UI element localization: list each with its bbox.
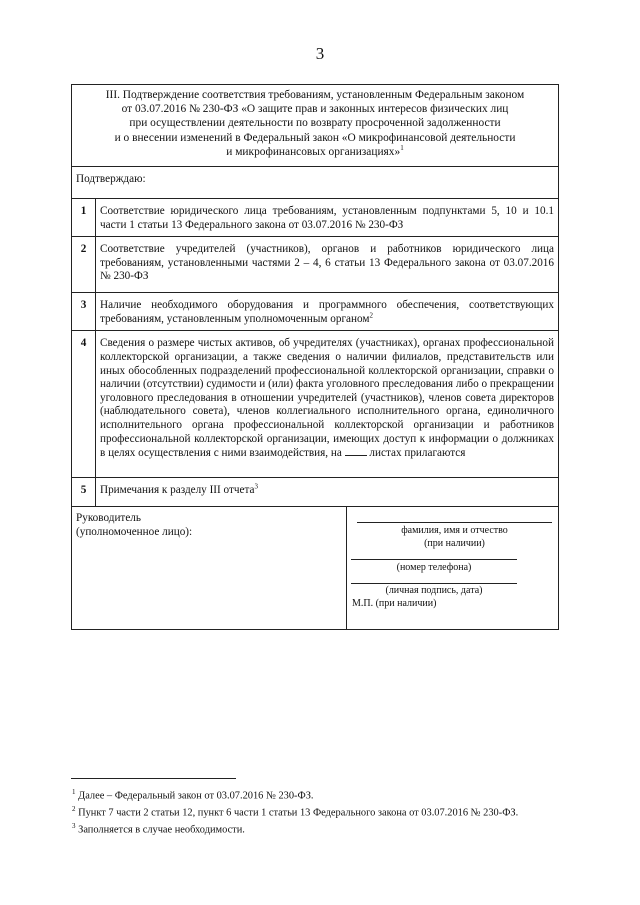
footnote: 1 Далее – Федеральный закон от 03.07.201… [72, 786, 572, 803]
footnote-number: 3 [72, 822, 76, 830]
item-text: Соответствие учредителей (участников), о… [96, 237, 559, 293]
table-row: 2 Соответствие учредителей (участников),… [72, 237, 559, 293]
item-text-body: Наличие необходимого оборудования и прог… [100, 299, 554, 325]
footnote-ref: 2 [369, 311, 373, 319]
page-number: 3 [0, 44, 640, 64]
item-text: Наличие необходимого оборудования и прог… [96, 293, 559, 331]
role-sublabel: (уполномоченное лицо): [76, 526, 192, 538]
signature-caption: (личная подпись, дата) [351, 585, 517, 598]
signature-field-line[interactable] [351, 583, 517, 584]
section-title-line: III. Подтверждение соответствия требован… [106, 89, 525, 101]
section-title-line: и микрофинансовых организациях» [226, 146, 400, 158]
sheet-count-blank[interactable] [345, 446, 367, 456]
item-text-body: Сведения о размере чистых активов, об уч… [100, 337, 554, 459]
footnote: 2 Пункт 7 части 2 статьи 12, пункт 6 час… [72, 803, 572, 820]
section-title-line: при осуществлении деятельности по возвра… [129, 117, 500, 129]
signature-block: фамилия, имя и отчество (при наличии) (н… [346, 507, 558, 630]
stamp-label: М.П. (при наличии) [352, 597, 436, 611]
item-number: 1 [72, 199, 96, 237]
name-field-line[interactable] [357, 522, 552, 523]
footnote-ref: 1 [400, 144, 404, 152]
confirm-label-row: Подтверждаю: [72, 167, 559, 199]
item-number: 3 [72, 293, 96, 331]
footnote-text: Заполняется в случае необходимости. [78, 825, 245, 836]
item-text-body: Примечания к разделу III отчета [100, 484, 254, 496]
role-label: Руководитель [76, 512, 141, 524]
item-text: Примечания к разделу III отчета3 [96, 478, 559, 507]
footnote-text: Далее – Федеральный закон от 03.07.2016 … [78, 790, 313, 801]
confirm-label: Подтверждаю: [72, 167, 559, 199]
section-title-line: и о внесении изменений в Федеральный зак… [115, 132, 516, 144]
name-caption-line: (при наличии) [424, 538, 485, 549]
item-number: 2 [72, 237, 96, 293]
footnote-text: Пункт 7 части 2 статьи 12, пункт 6 части… [78, 808, 518, 819]
footnote-divider [71, 778, 236, 779]
signatory-role: Руководитель (уполномоченное лицо): [72, 507, 347, 630]
footnote: 3 Заполняется в случае необходимости. [72, 820, 572, 837]
phone-caption: (номер телефона) [351, 562, 517, 575]
table-row: 1 Соответствие юридического лица требова… [72, 199, 559, 237]
confirmation-form-table: III. Подтверждение соответствия требован… [71, 84, 559, 630]
table-row: 4 Сведения о размере чистых активов, об … [72, 331, 559, 478]
footnote-number: 2 [72, 805, 76, 813]
footnotes: 1 Далее – Федеральный закон от 03.07.201… [72, 786, 572, 837]
footnote-ref: 3 [254, 483, 258, 491]
item-text-tail: листах прилагаются [369, 447, 465, 459]
item-text: Соответствие юридического лица требовани… [96, 199, 559, 237]
footnote-number: 1 [72, 788, 76, 796]
signature-row: Руководитель (уполномоченное лицо): фами… [72, 507, 559, 630]
phone-field-line[interactable] [351, 559, 517, 560]
section-header-row: III. Подтверждение соответствия требован… [72, 85, 559, 167]
name-caption: фамилия, имя и отчество (при наличии) [357, 525, 552, 550]
item-number: 4 [72, 331, 96, 478]
section-title-line: от 03.07.2016 № 230-ФЗ «О защите прав и … [122, 103, 509, 115]
item-text: Сведения о размере чистых активов, об уч… [96, 331, 559, 478]
item-number: 5 [72, 478, 96, 507]
table-row: 5 Примечания к разделу III отчета3 [72, 478, 559, 507]
name-caption-line: фамилия, имя и отчество [401, 525, 508, 536]
table-row: 3 Наличие необходимого оборудования и пр… [72, 293, 559, 331]
section-title: III. Подтверждение соответствия требован… [72, 85, 559, 167]
